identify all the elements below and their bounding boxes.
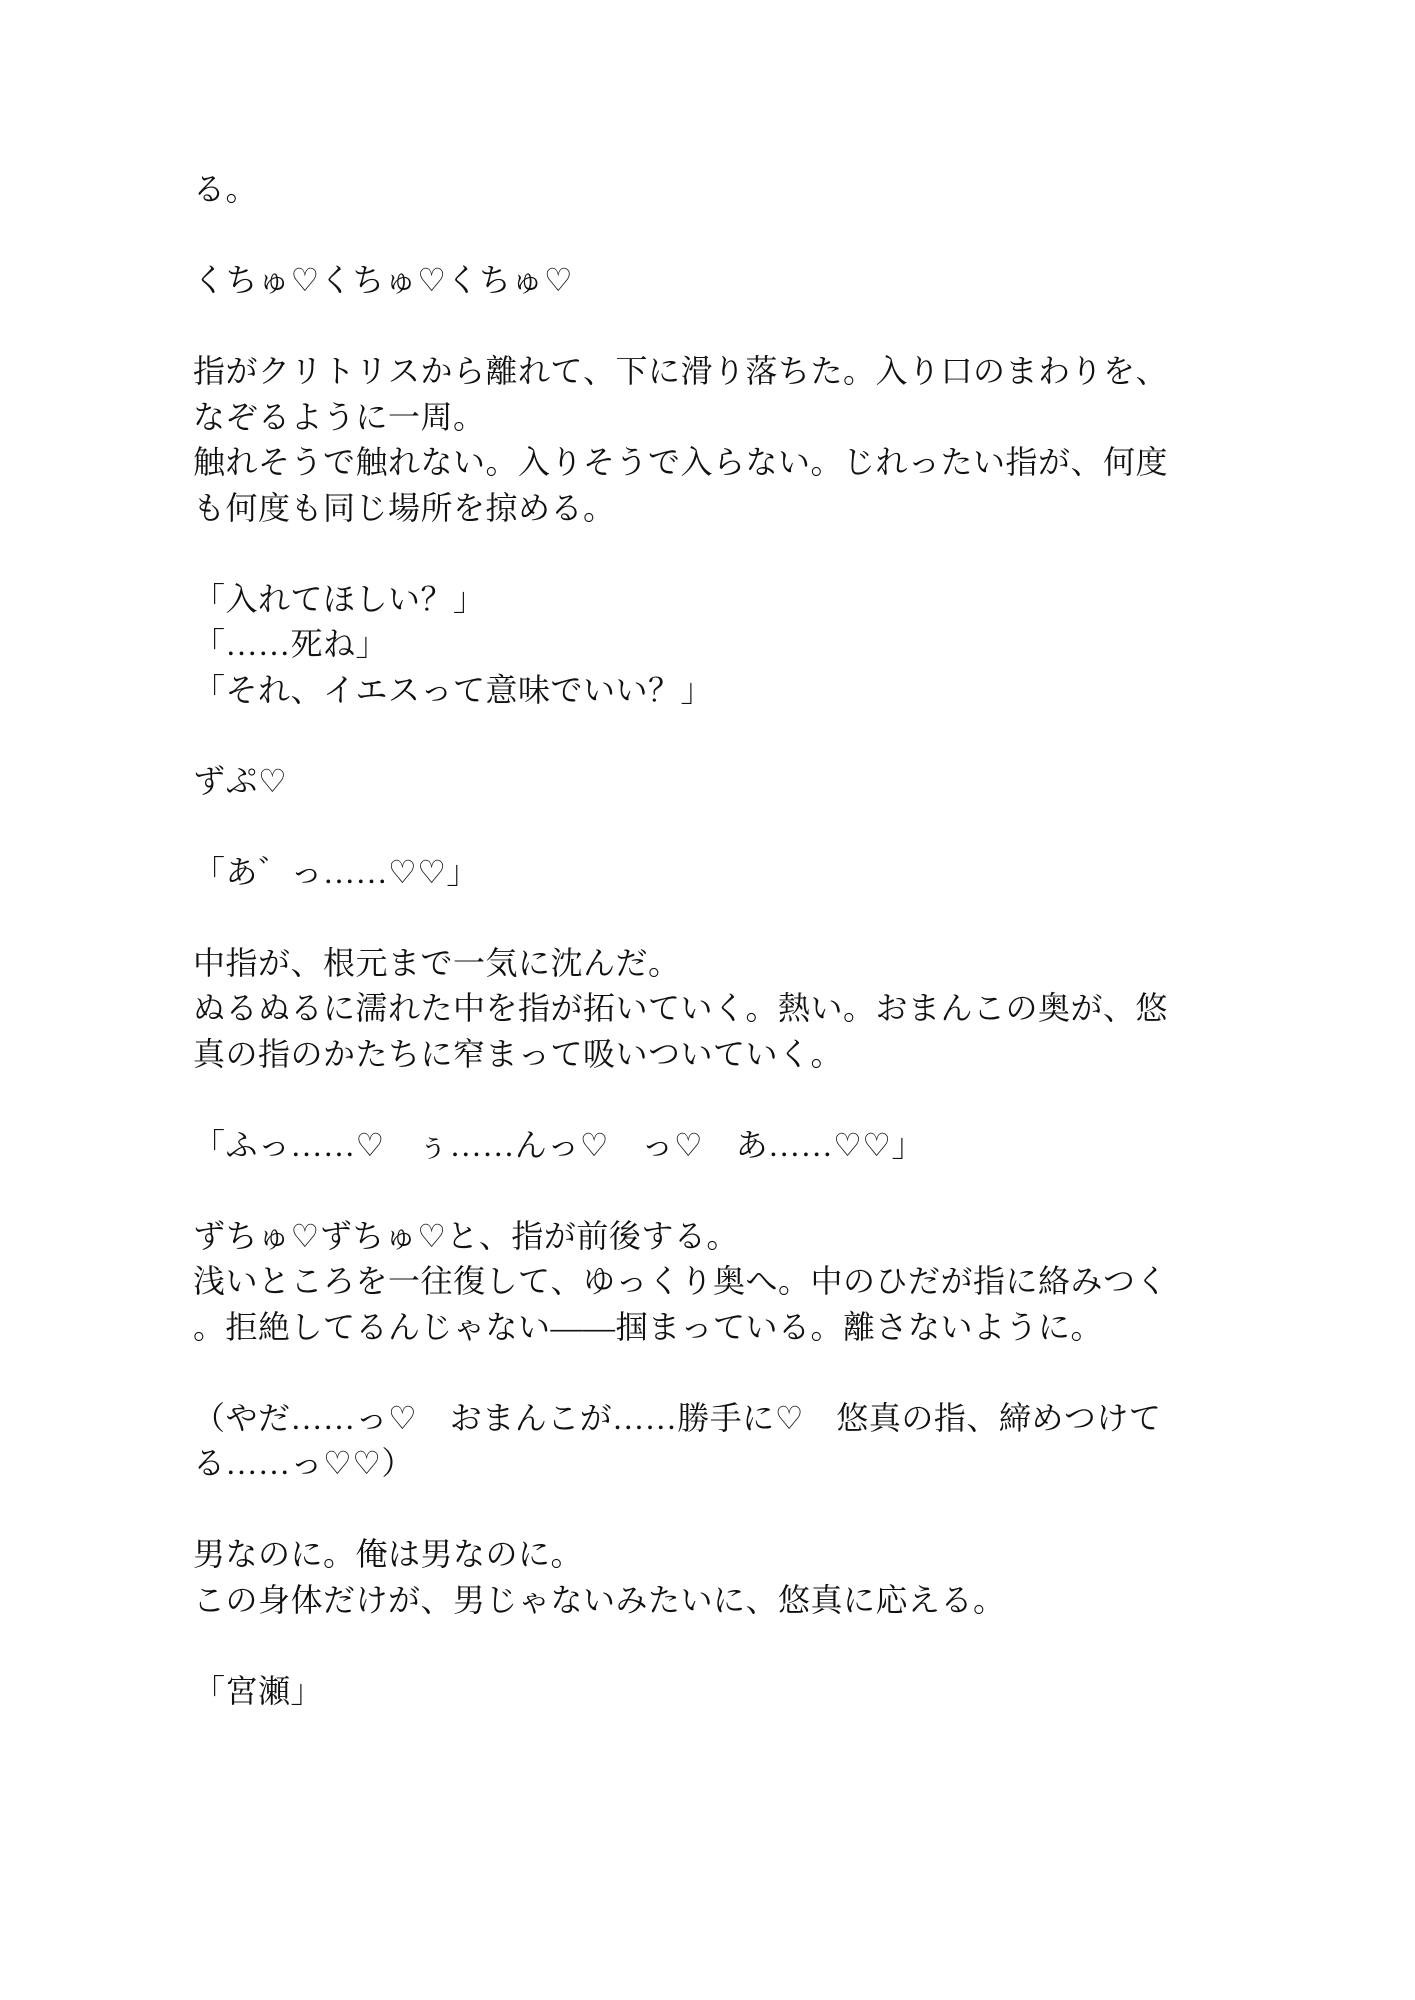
text-line: ずちゅ♡ずちゅ♡と、指が前後する。 [193, 1214, 1223, 1260]
blank-line [193, 213, 1223, 259]
document-page: る。 くちゅ♡くちゅ♡くちゅ♡ 指がクリトリスから離れて、下に滑り落ちた。入り口… [0, 0, 1415, 2000]
text-line: 「ふっ……♡ ぅ……んっ♡ っ♡ あ……♡♡」 [193, 1123, 1223, 1169]
blank-line [193, 895, 1223, 941]
blank-line [193, 804, 1223, 850]
text-line: 「あ゛っ……♡♡」 [193, 850, 1223, 896]
blank-line [193, 713, 1223, 759]
text-line: この身体だけが、男じゃないみたいに、悠真に応える。 [193, 1578, 1223, 1624]
text-line: 中指が、根元まで一気に沈んだ。 [193, 941, 1223, 987]
text-line: くちゅ♡くちゅ♡くちゅ♡ [193, 258, 1223, 304]
blank-line [193, 1487, 1223, 1533]
text-line: る……っ♡♡） [193, 1441, 1223, 1487]
blank-line [193, 1350, 1223, 1396]
text-line: 浅いところを一往復して、ゆっくり奥へ。中のひだが指に絡みつく [193, 1259, 1223, 1305]
text-line: 真の指のかたちに窄まって吸いついていく。 [193, 1032, 1223, 1078]
text-line: 「……死ね」 [193, 622, 1223, 668]
text-line: なぞるように一周。 [193, 395, 1223, 441]
text-line: 「宮瀬」 [193, 1669, 1223, 1715]
text-line: ずぷ♡ [193, 759, 1223, 805]
text-line: 男なのに。俺は男なのに。 [193, 1532, 1223, 1578]
blank-line [193, 304, 1223, 350]
text-line: も何度も同じ場所を掠める。 [193, 486, 1223, 532]
text-line: る。 [193, 167, 1223, 213]
text-line: 「入れてほしい？」 [193, 577, 1223, 623]
blank-line [193, 1623, 1223, 1669]
text-line: 。拒絶してるんじゃない——掴まっている。離さないように。 [193, 1305, 1223, 1351]
page-text: る。 くちゅ♡くちゅ♡くちゅ♡ 指がクリトリスから離れて、下に滑り落ちた。入り口… [193, 167, 1223, 1714]
text-line: （やだ……っ♡ おまんこが……勝手に♡ 悠真の指、締めつけて [193, 1396, 1223, 1442]
text-line: 触れそうで触れない。入りそうで入らない。じれったい指が、何度 [193, 440, 1223, 486]
blank-line [193, 1077, 1223, 1123]
blank-line [193, 531, 1223, 577]
blank-line [193, 1168, 1223, 1214]
text-line: ぬるぬるに濡れた中を指が拓いていく。熱い。おまんこの奥が、悠 [193, 986, 1223, 1032]
text-line: 「それ、イエスって意味でいい？」 [193, 668, 1223, 714]
text-line: 指がクリトリスから離れて、下に滑り落ちた。入り口のまわりを、 [193, 349, 1223, 395]
